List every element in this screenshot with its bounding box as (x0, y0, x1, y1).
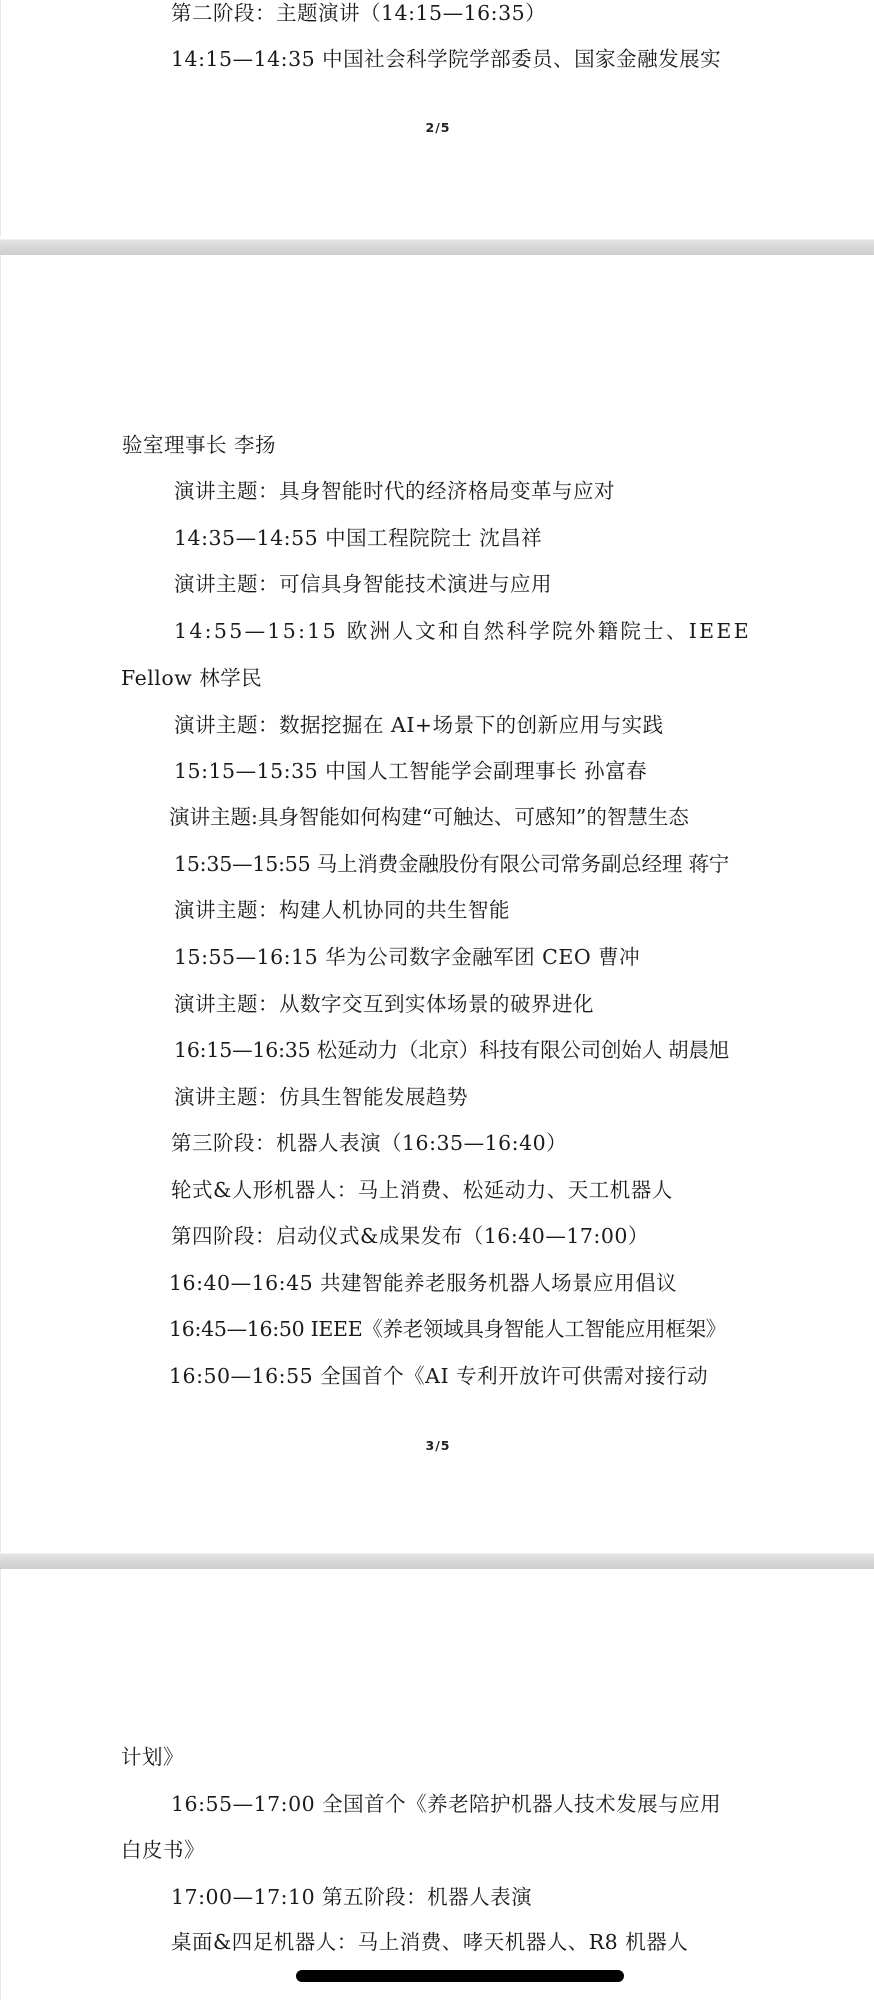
text-line: 演讲主题：仿具生智能发展趋势 (174, 1084, 468, 1110)
page-separator (0, 1553, 874, 1569)
text-line: 轮式&人形机器人：马上消费、松延动力、天工机器人 (171, 1177, 673, 1203)
text-line: 第四阶段：启动仪式&成果发布（16:40—17:00） (171, 1223, 649, 1249)
text-line: 演讲主题：从数字交互到实体场景的破界进化 (174, 991, 594, 1017)
page-separator (0, 239, 874, 255)
text-line: 15:15—15:35 中国人工智能学会副理事长 孙富春 (174, 758, 647, 784)
text-line: 14:15—14:35 中国社会科学院学部委员、国家金融发展实 (171, 46, 721, 72)
text-line: Fellow 林学民 (121, 665, 262, 691)
home-indicator[interactable] (296, 1970, 624, 1982)
text-line: 14:35—14:55 中国工程院院士 沈昌祥 (174, 525, 542, 551)
text-line: 演讲主题:具身智能如何构建“可触达、可感知”的智慧生态 (169, 804, 689, 830)
text-line: 演讲主题：数据挖掘在 AI+场景下的创新应用与实践 (174, 712, 664, 738)
text-line: 计划》 (121, 1744, 184, 1770)
text-line: 17:00—17:10 第五阶段：机器人表演 (171, 1884, 532, 1910)
page-number: 3/5 (1, 1438, 874, 1453)
text-line: 第二阶段：主题演讲（14:15—16:35） (171, 0, 546, 26)
text-line: 桌面&四足机器人：马上消费、哮天机器人、R8 机器人 (171, 1929, 688, 1955)
text-line: 演讲主题：具身智能时代的经济格局变革与应对 (174, 478, 615, 504)
text-line: 16:40—16:45 共建智能养老服务机器人场景应用倡议 (169, 1270, 677, 1296)
document-page-2: 第二阶段：主题演讲（14:15—16:35） 14:15—14:35 中国社会科… (0, 0, 874, 236)
text-line: 16:50—16:55 全国首个《AI 专利开放许可供需对接行动 (169, 1363, 708, 1389)
text-line: 16:45—16:50 IEEE《养老领域具身智能人工智能应用框架》 (169, 1316, 726, 1342)
text-line: 白皮书》 (121, 1837, 205, 1863)
text-line: 15:35—15:55 马上消费金融股份有限公司常务副总经理 蒋宁 (174, 851, 729, 877)
text-line: 验室理事长 李扬 (122, 432, 276, 458)
text-line: 14:55—15:15 欧洲人文和自然科学院外籍院士、IEEE (174, 618, 751, 644)
document-page-3: 验室理事长 李扬 演讲主题：具身智能时代的经济格局变革与应对 14:35—14:… (0, 255, 874, 1557)
text-line: 演讲主题：可信具身智能技术演进与应用 (174, 571, 552, 597)
text-line: 演讲主题：构建人机协同的共生智能 (174, 897, 510, 923)
text-line: 16:55—17:00 全国首个《养老陪护机器人技术发展与应用 (171, 1791, 721, 1817)
text-line: 16:15—16:35 松延动力（北京）科技有限公司创始人 胡晨旭 (174, 1037, 729, 1063)
document-page-4: 计划》 16:55—17:00 全国首个《养老陪护机器人技术发展与应用 白皮书》… (0, 1569, 874, 2000)
text-line: 第三阶段：机器人表演（16:35—16:40） (171, 1130, 567, 1156)
page-number: 2/5 (1, 120, 874, 135)
text-line: 15:55—16:15 华为公司数字金融军团 CEO 曹冲 (174, 944, 640, 970)
